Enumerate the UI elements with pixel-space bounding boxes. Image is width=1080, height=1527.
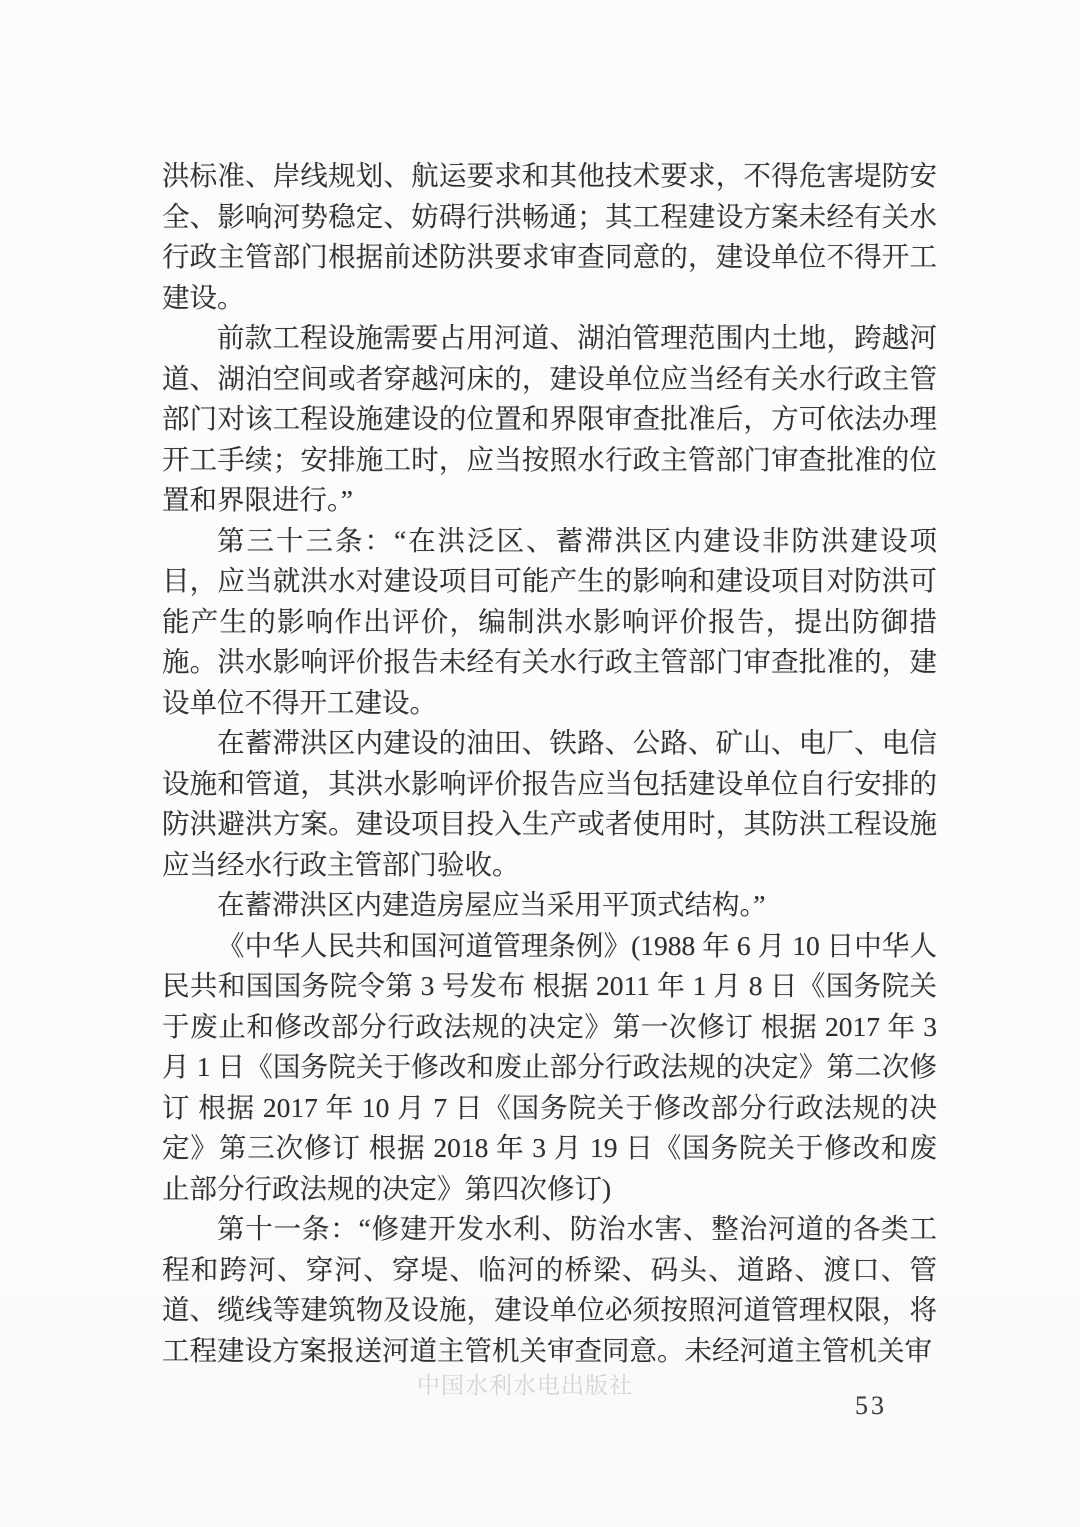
publisher-watermark: 中国水利水电出版社 — [417, 1367, 637, 1400]
paragraph-river-regulation-citation: 《中华人民共和国河道管理条例》(1988 年 6 月 10 日中华人民共和国国务… — [162, 926, 937, 1210]
paragraph-article-33: 第三十三条：“在洪泛区、蓄滞洪区内建设非防洪建设项目，应当就洪水对建设项目可能产… — [162, 521, 937, 724]
document-page: 洪标准、岸线规划、航运要求和其他技术要求，不得危害堤防安全、影响河势稳定、妨碍行… — [0, 0, 1080, 1527]
paragraph-preceding-clause: 前款工程设施需要占用河道、湖泊管理范围内土地，跨越河道、湖泊空间或者穿越河床的，… — [162, 318, 937, 521]
page-text-block: 洪标准、岸线规划、航运要求和其他技术要求，不得危害堤防安全、影响河势稳定、妨碍行… — [162, 156, 937, 1371]
page-number: 53 — [855, 1391, 887, 1421]
paragraph-continuation: 洪标准、岸线规划、航运要求和其他技术要求，不得危害堤防安全、影响河势稳定、妨碍行… — [162, 156, 937, 318]
paragraph-flat-roof-structure: 在蓄滞洪区内建造房屋应当采用平顶式结构。” — [162, 885, 937, 926]
paragraph-flood-storage-facilities: 在蓄滞洪区内建设的油田、铁路、公路、矿山、电厂、电信设施和管道，其洪水影响评价报… — [162, 723, 937, 885]
paragraph-article-11: 第十一条：“修建开发水利、防治水害、整治河道的各类工程和跨河、穿河、穿堤、临河的… — [162, 1209, 937, 1371]
